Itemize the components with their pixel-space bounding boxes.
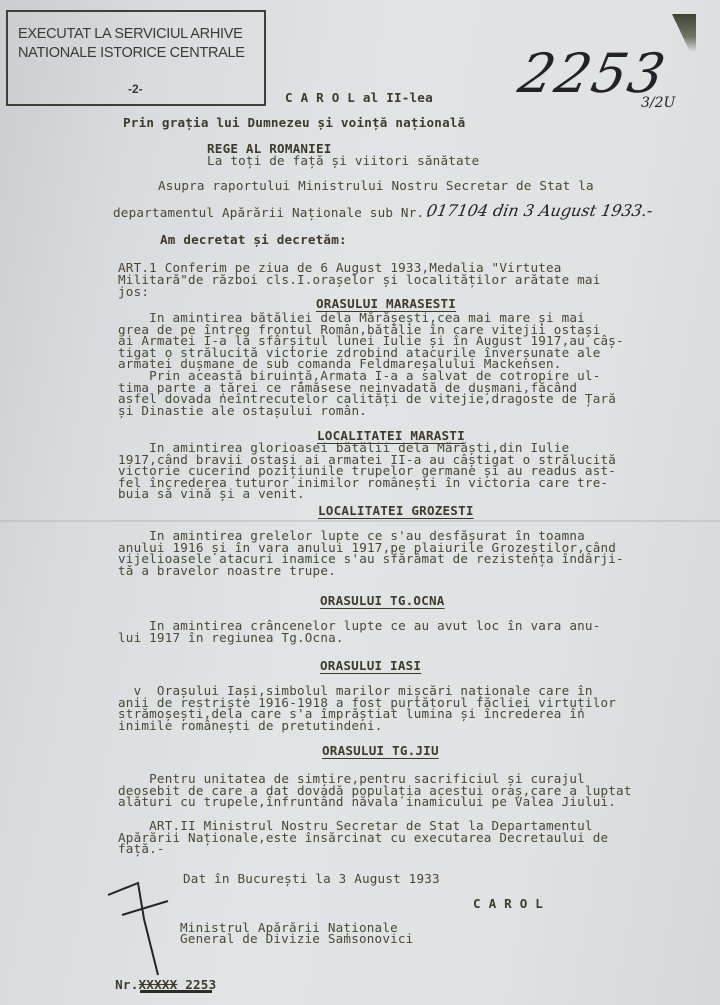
decree-formula: Am decretat și decretăm: [160,234,347,246]
scanned-document-page: EXECUTAT LA SERVICIUL ARHIVE NATIONALE I… [0,0,720,1005]
number-underline [140,990,212,993]
section-line: tă a bravelor noastre trupe. [118,565,336,577]
place-and-date: Dat în București la 3 August 1933 [183,873,440,885]
article-2-line: Apărării Naționale,este însărcinat cu ex… [118,832,608,844]
section-heading: ORASULUI TG.OCNA [320,595,445,607]
section-line: și Dinastie ale ostașului român. [118,405,367,417]
section-heading: LOCALITATEI GROZESTI [318,505,474,517]
sovereign-name: C A R O L al II-lea [285,92,433,104]
section-line: alături cu trupele,înfruntând năvala ina… [118,796,616,808]
section-heading: ORASULUI IASI [320,660,421,672]
stamp-line-1: EXECUTAT LA SERVICIUL ARHIVE [18,26,243,42]
article-2-line: față.- [118,843,165,855]
section-line: inimile românești de pretutindeni. [118,720,383,732]
page-marker: -2- [128,82,143,96]
minister-name: General de Divizie Samsonovici [180,933,413,945]
article-1-line: jos: [118,286,149,298]
royal-signature: C A R O L [473,898,543,910]
paper-fold-line [0,520,720,522]
section-line: buia să vină și a venit. [118,488,305,500]
section-heading: ORASULUI MARASESTI [316,298,456,310]
stamp-line-2: NATIONALE ISTORICE CENTRALE [18,45,245,61]
document-number: Nr.XXXXX 2253 [84,967,216,1002]
archive-stamp: EXECUTAT LA SERVICIUL ARHIVE NATIONALE I… [6,10,266,106]
preamble-line-1: Asupra raportului Ministrului Nostru Sec… [158,180,594,192]
section-line: lui 1917 în regiunea Tg.Ocna. [118,632,344,644]
article-1-line: Militară"de război cls.I.orașelor și loc… [118,274,601,286]
corner-damage-mark [672,14,696,52]
handwritten-report-reference: 017104 din 3 August 1933.- [425,201,654,220]
number-label: Nr. [115,977,138,992]
section-heading: ORASULUI TG.JIU [322,745,439,757]
handwritten-registry-sub: 3/2U [641,95,675,111]
preamble-line-2: departamentul Apărării Naționale sub Nr.… [113,207,432,219]
royal-formula: Prin grația lui Dumnezeu și voință națio… [123,117,465,129]
greeting: La toți de față și viitori sănătate [207,155,479,167]
